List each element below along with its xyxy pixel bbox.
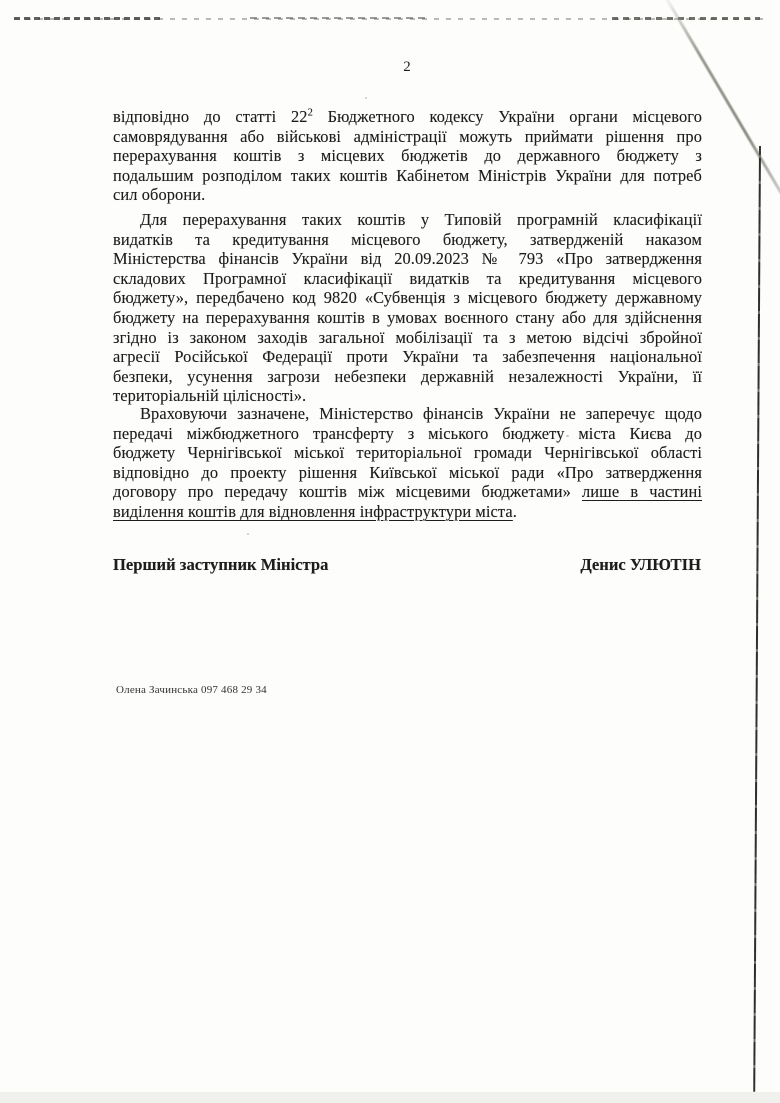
text-line: територіальній цілісності». bbox=[113, 386, 702, 406]
scan-speck bbox=[365, 97, 367, 99]
text-line: бюджету», передбачено код 9820 «Субвенці… bbox=[113, 288, 702, 308]
text-line: Враховуючи зазначене, Міністерство фінан… bbox=[113, 404, 702, 424]
scan-top-edge-artifact bbox=[14, 17, 164, 20]
text-line: передачі міжбюджетного трансферту з місь… bbox=[113, 424, 702, 444]
body-paragraph: Для перерахування таких коштів у Типовій… bbox=[113, 210, 702, 406]
text-segment: агресії Російської Федерації проти Украї… bbox=[113, 347, 702, 366]
scan-speck bbox=[247, 533, 249, 535]
text-segment: Враховуючи зазначене, Міністерство фінан… bbox=[140, 404, 702, 423]
text-segment: бюджету», передбачено код 9820 «Субвенці… bbox=[113, 288, 702, 307]
text-line: складових Програмної класифікації видатк… bbox=[113, 269, 702, 289]
signer-name: Денис УЛЮТІН bbox=[580, 555, 701, 575]
scan-top-edge-artifact bbox=[250, 17, 430, 19]
text-segment: сил оборони. bbox=[113, 185, 205, 204]
scan-top-edge-artifact bbox=[612, 17, 760, 20]
text-line: подальшим розподілом таких коштів Кабіне… bbox=[113, 166, 702, 186]
text-segment: бюджету Чернігівської міської територіал… bbox=[113, 443, 702, 462]
text-line: безпеки, усунення загрози небезпеки держ… bbox=[113, 367, 702, 387]
text-line: самоврядування або військові адміністрац… bbox=[113, 127, 702, 147]
text-segment: відповідно до проекту рішення Київської … bbox=[113, 463, 702, 482]
text-segment: передачі міжбюджетного трансферту з місь… bbox=[113, 424, 702, 443]
signature-row: Перший заступник Міністра Денис УЛЮТІН bbox=[113, 555, 701, 575]
text-segment: відповідно до статті 22 bbox=[113, 107, 308, 126]
text-line: агресії Російської Федерації проти Украї… bbox=[113, 347, 702, 367]
text-line: відповідно до проекту рішення Київської … bbox=[113, 463, 702, 483]
scanner-bed-band bbox=[0, 1092, 780, 1103]
text-line: Міністерства фінансів України від 20.09.… bbox=[113, 249, 702, 269]
text-line: видатків та кредитування місцевого бюдже… bbox=[113, 230, 702, 250]
text-segment: видатків та кредитування місцевого бюдже… bbox=[113, 230, 702, 249]
text-segment: бюджету на перерахування коштів в умовах… bbox=[113, 308, 702, 327]
text-line: бюджету Чернігівської міської територіал… bbox=[113, 443, 702, 463]
text-segment: перерахування коштів з місцевих бюджетів… bbox=[113, 146, 702, 165]
text-segment: складових Програмної класифікації видатк… bbox=[113, 269, 702, 288]
body-paragraph: відповідно до статті 222 Бюджетного коде… bbox=[113, 107, 702, 205]
text-segment: договору про передачу коштів між місцеви… bbox=[113, 482, 582, 501]
text-segment: подальшим розподілом таких коштів Кабіне… bbox=[113, 166, 702, 185]
text-line: договору про передачу коштів між місцеви… bbox=[113, 482, 702, 502]
text-segment: згідно із законом заходів загальної мобі… bbox=[113, 328, 702, 347]
signer-title: Перший заступник Міністра bbox=[113, 555, 328, 575]
page-number: 2 bbox=[113, 59, 701, 76]
text-segment: самоврядування або військові адміністрац… bbox=[113, 127, 702, 146]
text-segment: Бюджетного кодексу України органи місцев… bbox=[313, 107, 702, 126]
text-segment: безпеки, усунення загрози небезпеки держ… bbox=[113, 367, 702, 386]
text-line: виділення коштів для відновлення інфраст… bbox=[113, 502, 702, 522]
text-segment: Для перерахування таких коштів у Типовій… bbox=[140, 210, 702, 229]
text-line: сил оборони. bbox=[113, 185, 702, 205]
text-segment: . bbox=[513, 502, 517, 521]
page-right-edge-line bbox=[753, 146, 761, 1097]
text-line: перерахування коштів з місцевих бюджетів… bbox=[113, 146, 702, 166]
underlined-text: виділення коштів для відновлення інфраст… bbox=[113, 502, 513, 521]
text-segment: Міністерства фінансів України від 20.09.… bbox=[113, 249, 702, 268]
text-segment: територіальній цілісності». bbox=[113, 386, 306, 405]
executor-contact: Олена Зачинська 097 468 29 34 bbox=[116, 684, 267, 696]
text-line: відповідно до статті 222 Бюджетного коде… bbox=[113, 107, 702, 127]
text-line: згідно із законом заходів загальної мобі… bbox=[113, 328, 702, 348]
text-line: бюджету на перерахування коштів в умовах… bbox=[113, 308, 702, 328]
scanned-letter-page: 2 відповідно до статті 222 Бюджетного ко… bbox=[0, 0, 780, 1103]
text-line: Для перерахування таких коштів у Типовій… bbox=[113, 210, 702, 230]
underlined-text: лише в частині bbox=[582, 482, 702, 501]
body-paragraph: Враховуючи зазначене, Міністерство фінан… bbox=[113, 404, 702, 522]
